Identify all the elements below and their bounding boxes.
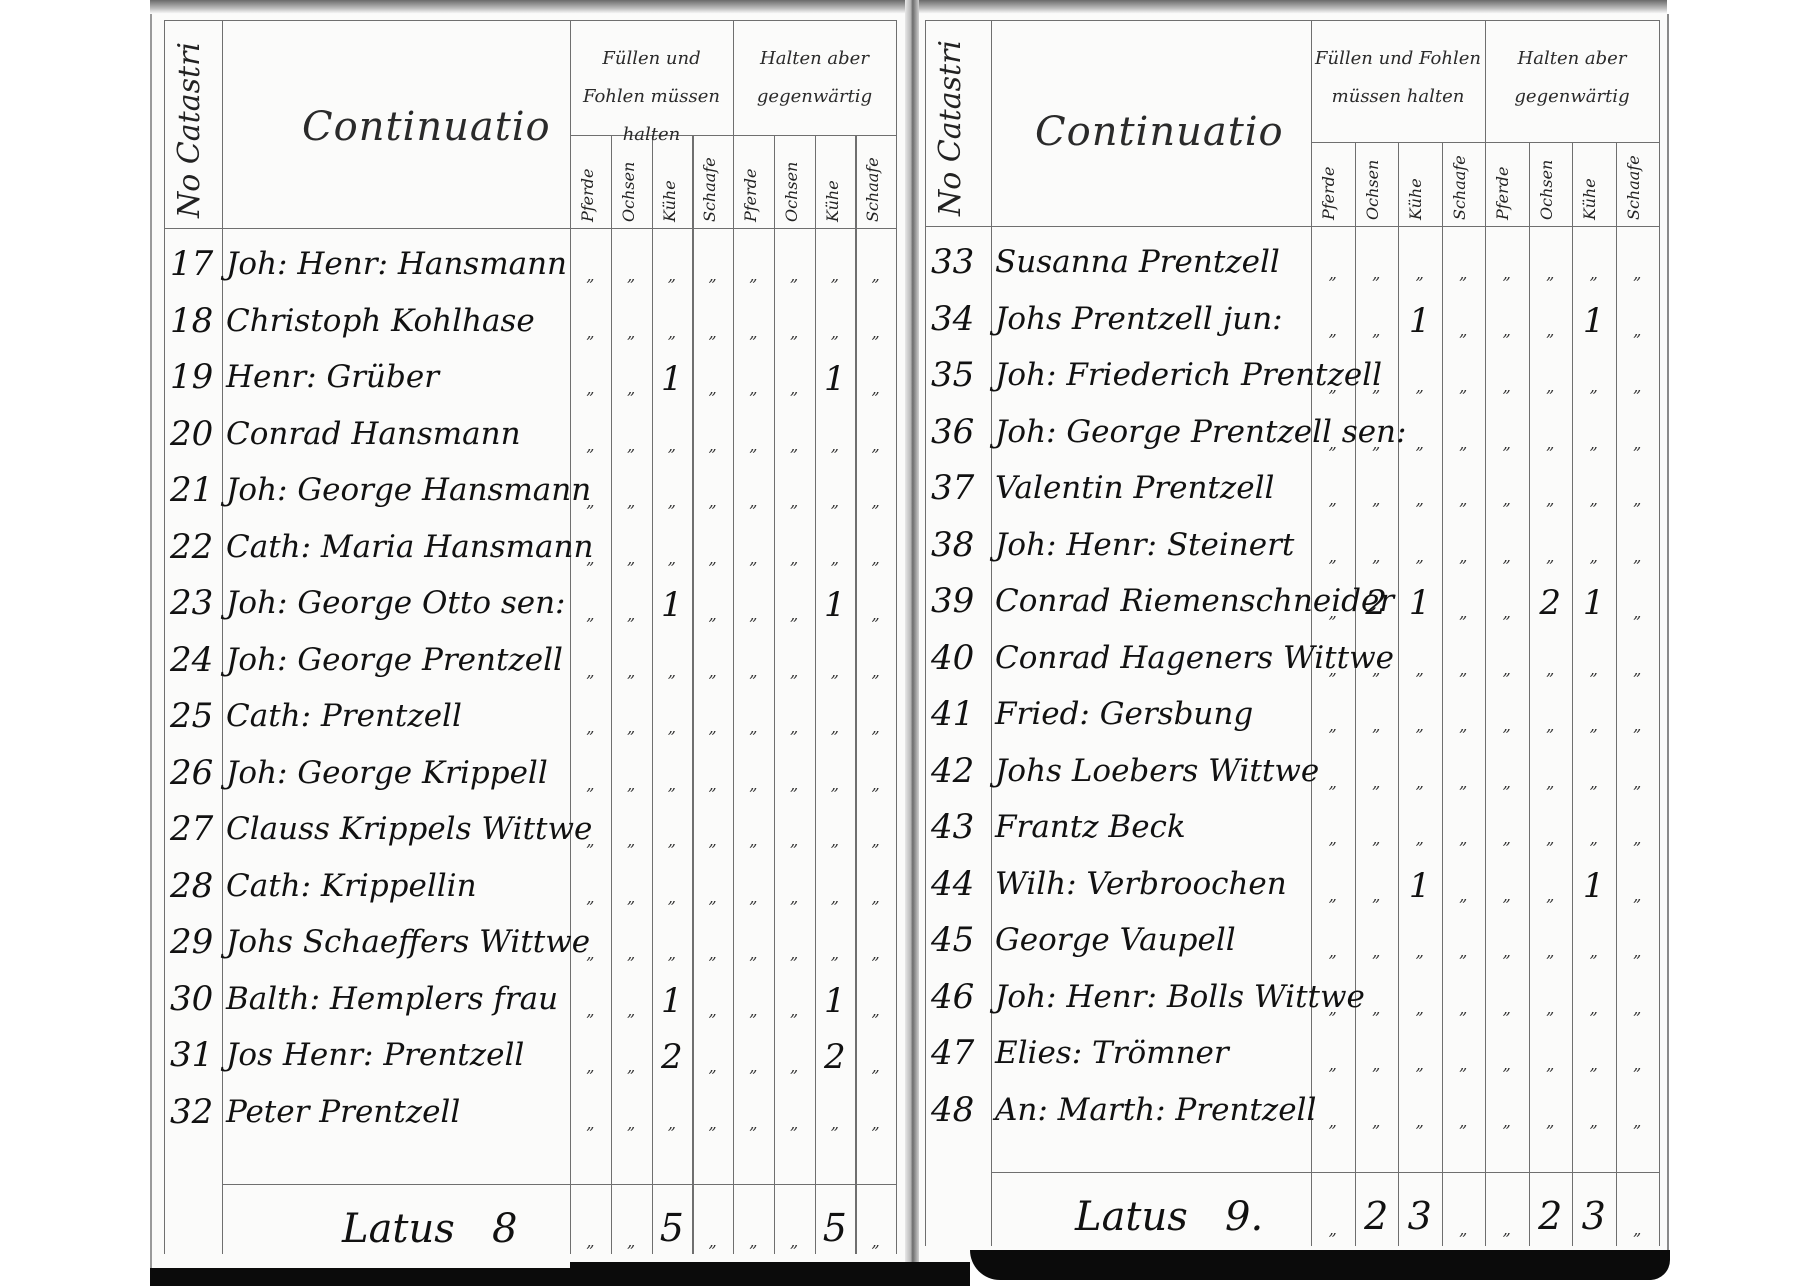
catastri-number: 24 (170, 640, 213, 680)
livestock-count-cell: „ (1398, 264, 1442, 283)
catastri-number: 38 (931, 525, 974, 565)
livestock-count-cell: „ (815, 888, 856, 907)
livestock-count-cell: „ (692, 775, 733, 794)
livestock-count-cell: „ (1529, 490, 1573, 509)
sub-column-header: Kühe (823, 180, 842, 222)
sub-column-header: Pferde (741, 168, 760, 222)
catastri-number: 29 (170, 922, 213, 962)
livestock-count-cell: „ (1355, 886, 1399, 905)
livestock-count-cell: „ (774, 549, 815, 568)
livestock-count-cell: „ (1616, 829, 1660, 848)
livestock-count-cell: 2 (815, 1037, 856, 1077)
livestock-count-cell: 2 (1355, 583, 1399, 623)
latus-sum-cell: 2 (1355, 1194, 1399, 1238)
livestock-count-cell: „ (733, 266, 774, 285)
livestock-count-cell: „ (1398, 434, 1442, 453)
owner-name: An: Marth: Prentzell (995, 1092, 1316, 1128)
livestock-count-cell: „ (1485, 942, 1529, 961)
livestock-count-cell: „ (652, 888, 693, 907)
livestock-count-cell: „ (570, 831, 611, 850)
latus-sum-cell: „ (611, 1232, 652, 1251)
livestock-count-cell: „ (815, 492, 856, 511)
livestock-count-cell: „ (1616, 773, 1660, 792)
livestock-count-cell: „ (1485, 264, 1529, 283)
livestock-count-cell: „ (815, 1114, 856, 1133)
owner-name: Wilh: Verbroochen (995, 866, 1287, 902)
livestock-count-cell: „ (1355, 264, 1399, 283)
livestock-count-cell: „ (855, 1057, 896, 1076)
catastri-number: 30 (170, 979, 213, 1019)
livestock-count-cell: „ (570, 549, 611, 568)
livestock-count-cell: „ (1442, 603, 1486, 622)
livestock-count-cell: „ (692, 605, 733, 624)
catastri-number: 32 (170, 1092, 213, 1132)
livestock-count-cell: „ (570, 605, 611, 624)
owner-name: Christoph Kohlhase (226, 303, 535, 339)
livestock-count-cell: „ (774, 1057, 815, 1076)
livestock-count-cell: „ (611, 492, 652, 511)
latus-sum-cell: „ (855, 1232, 896, 1251)
livestock-count-cell: „ (1616, 490, 1660, 509)
livestock-count-cell: „ (611, 1057, 652, 1076)
livestock-count-cell: „ (1311, 773, 1355, 792)
livestock-count-cell: „ (855, 323, 896, 342)
livestock-count-cell: „ (1398, 829, 1442, 848)
sub-column-header: Schaafe (1450, 155, 1469, 220)
livestock-count-cell: „ (733, 549, 774, 568)
livestock-count-cell: „ (815, 944, 856, 963)
catastri-number: 28 (170, 866, 213, 906)
catastri-number: 36 (931, 412, 974, 452)
owner-name: Clauss Krippels Wittwe (226, 811, 592, 847)
livestock-count-cell: „ (1616, 716, 1660, 735)
livestock-count-cell: „ (611, 944, 652, 963)
livestock-count-cell: „ (1355, 547, 1399, 566)
livestock-count-cell: „ (1529, 716, 1573, 735)
livestock-count-cell: „ (1485, 829, 1529, 848)
livestock-count-cell: „ (1616, 264, 1660, 283)
livestock-count-cell: „ (1572, 773, 1616, 792)
latus-sum-cell: „ (570, 1232, 611, 1251)
livestock-count-cell: „ (1529, 264, 1573, 283)
owner-name: Jos Henr: Prentzell (226, 1037, 524, 1073)
livestock-count-cell: „ (855, 266, 896, 285)
livestock-count-cell: 1 (1572, 866, 1616, 906)
livestock-count-cell: „ (1355, 434, 1399, 453)
sub-column-header: Ochsen (619, 162, 638, 222)
livestock-count-cell: „ (1572, 434, 1616, 453)
livestock-count-cell: „ (1355, 321, 1399, 340)
livestock-count-cell: „ (1311, 716, 1355, 735)
livestock-count-cell: 1 (1398, 866, 1442, 906)
livestock-count-cell: „ (692, 888, 733, 907)
catastri-number: 26 (170, 753, 213, 793)
livestock-count-cell: „ (1355, 773, 1399, 792)
page-top-edge-left (150, 0, 910, 14)
livestock-count-cell: „ (1529, 434, 1573, 453)
livestock-count-cell: „ (570, 1057, 611, 1076)
livestock-count-cell: 1 (652, 585, 693, 625)
livestock-count-cell: „ (1485, 321, 1529, 340)
livestock-count-cell: „ (774, 831, 815, 850)
livestock-count-cell: „ (1398, 999, 1442, 1018)
livestock-count-cell: „ (1398, 660, 1442, 679)
livestock-count-cell: „ (692, 944, 733, 963)
livestock-count-cell: „ (1616, 660, 1660, 679)
livestock-count-cell: „ (1529, 660, 1573, 679)
grid-line (925, 226, 1659, 227)
livestock-count-cell: „ (1355, 999, 1399, 1018)
livestock-count-cell: „ (652, 831, 693, 850)
livestock-count-cell: „ (855, 662, 896, 681)
livestock-count-cell: „ (1311, 660, 1355, 679)
grid-line (222, 20, 223, 1254)
latus-sum-cell: 3 (1398, 1194, 1442, 1238)
livestock-count-cell: „ (1529, 1055, 1573, 1074)
sub-column-header: Ochsen (1363, 160, 1382, 220)
livestock-count-cell: „ (774, 266, 815, 285)
latus-sum-cell: „ (1616, 1220, 1660, 1239)
livestock-count-cell: „ (1398, 773, 1442, 792)
owner-name: Johs Schaeffers Wittwe (226, 924, 590, 960)
livestock-count-cell: „ (815, 266, 856, 285)
livestock-count-cell: „ (1616, 886, 1660, 905)
latus-count: 8 (492, 1206, 517, 1252)
livestock-count-cell: „ (611, 605, 652, 624)
livestock-count-cell: „ (774, 1114, 815, 1133)
catastri-number: 39 (931, 581, 974, 621)
livestock-count-cell: „ (1442, 264, 1486, 283)
livestock-count-cell: „ (611, 379, 652, 398)
grid-line (991, 20, 992, 1246)
livestock-count-cell: „ (1485, 773, 1529, 792)
grid-line (164, 228, 896, 229)
sub-column-header: Schaafe (863, 157, 882, 222)
livestock-count-cell: „ (1398, 942, 1442, 961)
livestock-count-cell: „ (774, 1001, 815, 1020)
catastri-number: 34 (931, 299, 974, 339)
livestock-count-cell: 1 (1398, 583, 1442, 623)
livestock-count-cell: „ (1311, 377, 1355, 396)
livestock-count-cell: „ (1529, 377, 1573, 396)
livestock-count-cell: „ (1485, 886, 1529, 905)
livestock-count-cell: „ (1616, 1112, 1660, 1131)
livestock-count-cell: „ (1616, 434, 1660, 453)
livestock-count-cell: „ (855, 1001, 896, 1020)
livestock-count-cell: „ (1616, 1055, 1660, 1074)
page-shadow (150, 1268, 570, 1286)
owner-name: Frantz Beck (995, 809, 1186, 845)
livestock-count-cell: „ (1616, 321, 1660, 340)
livestock-count-cell: „ (1572, 490, 1616, 509)
livestock-count-cell: 1 (1398, 301, 1442, 341)
owner-name: Conrad Hansmann (226, 416, 521, 452)
livestock-count-cell: „ (611, 436, 652, 455)
livestock-count-cell: „ (1572, 999, 1616, 1018)
livestock-count-cell: 1 (652, 981, 693, 1021)
grid-line (896, 20, 897, 1254)
number-column-header: No Catastri (933, 40, 968, 216)
latus-sum-cell: „ (774, 1232, 815, 1251)
livestock-count-cell: „ (733, 888, 774, 907)
latus-sum-cell: 2 (1529, 1194, 1573, 1238)
livestock-count-cell: „ (692, 379, 733, 398)
livestock-count-cell: „ (692, 1057, 733, 1076)
livestock-count-cell: „ (855, 888, 896, 907)
livestock-count-cell: „ (774, 436, 815, 455)
livestock-count-cell: „ (1311, 603, 1355, 622)
catastri-number: 22 (170, 527, 213, 567)
livestock-count-cell: „ (692, 1001, 733, 1020)
grid-line (611, 135, 612, 1254)
catastri-number: 19 (170, 357, 213, 397)
catastri-number: 48 (931, 1090, 974, 1130)
livestock-count-cell: 1 (1572, 583, 1616, 623)
livestock-count-cell: „ (1442, 773, 1486, 792)
livestock-count-cell: „ (692, 549, 733, 568)
livestock-count-cell: „ (570, 266, 611, 285)
livestock-count-cell: „ (855, 379, 896, 398)
livestock-count-cell: „ (1355, 490, 1399, 509)
livestock-count-cell: „ (815, 436, 856, 455)
catastri-number: 27 (170, 809, 213, 849)
livestock-count-cell: „ (1398, 547, 1442, 566)
livestock-count-cell: „ (855, 436, 896, 455)
livestock-count-cell: „ (1485, 547, 1529, 566)
livestock-count-cell: „ (733, 831, 774, 850)
page-shadow (970, 1250, 1670, 1280)
grid-line (1442, 142, 1443, 1246)
livestock-count-cell: „ (733, 718, 774, 737)
livestock-count-cell: „ (1529, 886, 1573, 905)
livestock-count-cell: „ (1485, 490, 1529, 509)
livestock-count-cell: „ (1572, 829, 1616, 848)
grid-line (692, 135, 693, 1254)
grid-line (164, 20, 896, 21)
livestock-count-cell: 1 (815, 359, 856, 399)
livestock-count-cell: „ (774, 379, 815, 398)
livestock-count-cell: „ (1311, 1055, 1355, 1074)
livestock-count-cell: „ (652, 436, 693, 455)
livestock-count-cell: „ (855, 492, 896, 511)
livestock-count-cell: „ (1485, 716, 1529, 735)
livestock-count-cell: „ (611, 662, 652, 681)
livestock-count-cell: „ (652, 492, 693, 511)
livestock-count-cell: „ (1572, 264, 1616, 283)
catastri-number: 17 (170, 244, 213, 284)
latus-sum-cell: „ (1442, 1220, 1486, 1239)
livestock-count-cell: „ (1311, 999, 1355, 1018)
owner-name: George Vaupell (995, 922, 1236, 958)
livestock-count-cell: „ (570, 944, 611, 963)
livestock-count-cell: „ (692, 662, 733, 681)
livestock-count-cell: „ (570, 379, 611, 398)
livestock-count-cell: „ (1398, 490, 1442, 509)
sub-column-header: Kühe (1406, 178, 1425, 220)
livestock-count-cell: „ (570, 492, 611, 511)
livestock-count-cell: „ (1442, 660, 1486, 679)
owner-name: Cath: Maria Hansmann (226, 529, 593, 565)
owner-name: Henr: Grüber (226, 359, 439, 395)
livestock-count-cell: „ (611, 718, 652, 737)
livestock-count-cell: „ (652, 323, 693, 342)
livestock-count-cell: „ (774, 775, 815, 794)
latus-sum-cell: „ (1311, 1220, 1355, 1239)
livestock-count-cell: „ (733, 1057, 774, 1076)
livestock-count-cell: „ (1616, 942, 1660, 961)
livestock-count-cell: „ (1311, 547, 1355, 566)
page-top-edge-right (915, 0, 1667, 14)
livestock-count-cell: „ (692, 266, 733, 285)
livestock-count-cell: „ (1485, 999, 1529, 1018)
livestock-count-cell: „ (692, 323, 733, 342)
grid-line (222, 1184, 896, 1185)
owner-name: Joh: Henr: Steinert (995, 527, 1294, 563)
livestock-count-cell: „ (570, 662, 611, 681)
livestock-count-cell: 1 (815, 585, 856, 625)
livestock-count-cell: „ (1311, 1112, 1355, 1131)
owner-name: Joh: Henr: Bolls Wittwe (995, 979, 1365, 1015)
catastri-number: 47 (931, 1033, 974, 1073)
livestock-count-cell: „ (815, 831, 856, 850)
latus-label: Latus (1075, 1194, 1188, 1240)
livestock-count-cell: „ (570, 323, 611, 342)
livestock-count-cell: „ (1398, 377, 1442, 396)
livestock-count-cell: „ (815, 718, 856, 737)
group-header-gegenwaertig: Halten aber gegenwärtig (1485, 40, 1659, 116)
livestock-count-cell: „ (1572, 377, 1616, 396)
livestock-count-cell: „ (1572, 1112, 1616, 1131)
latus-sum-cell: „ (1485, 1220, 1529, 1239)
livestock-count-cell: „ (1355, 829, 1399, 848)
grid-line (855, 135, 856, 1254)
livestock-count-cell: „ (1311, 321, 1355, 340)
owner-name: Joh: George Hansmann (226, 472, 591, 508)
livestock-count-cell: „ (733, 492, 774, 511)
catastri-number: 37 (931, 468, 974, 508)
livestock-count-cell: „ (1529, 829, 1573, 848)
livestock-count-cell: „ (1311, 264, 1355, 283)
livestock-count-cell: „ (733, 436, 774, 455)
livestock-count-cell: „ (815, 323, 856, 342)
owner-name: Elies: Trömner (995, 1035, 1229, 1071)
livestock-count-cell: „ (1355, 1055, 1399, 1074)
number-column-header: No Catastri (172, 42, 207, 218)
livestock-count-cell: 1 (1572, 301, 1616, 341)
livestock-count-cell: „ (733, 662, 774, 681)
group-header-fohlen: Füllen und Fohlen müssen halten (1311, 40, 1485, 116)
livestock-count-cell: „ (1572, 660, 1616, 679)
livestock-count-cell: „ (1529, 773, 1573, 792)
livestock-count-cell: „ (692, 831, 733, 850)
livestock-count-cell: „ (1442, 1112, 1486, 1131)
livestock-count-cell: „ (1485, 1112, 1529, 1131)
livestock-count-cell: „ (1616, 603, 1660, 622)
livestock-count-cell: „ (733, 323, 774, 342)
owner-name: Cath: Krippellin (226, 868, 477, 904)
livestock-count-cell: „ (774, 323, 815, 342)
livestock-count-cell: „ (1442, 886, 1486, 905)
livestock-count-cell: „ (1355, 377, 1399, 396)
livestock-count-cell: „ (855, 718, 896, 737)
latus-sum-cell: „ (733, 1232, 774, 1251)
livestock-count-cell: „ (611, 831, 652, 850)
livestock-count-cell: „ (774, 492, 815, 511)
livestock-count-cell: „ (733, 1114, 774, 1133)
livestock-count-cell: „ (1355, 716, 1399, 735)
livestock-count-cell: „ (570, 436, 611, 455)
catastri-number: 44 (931, 864, 974, 904)
catastri-number: 23 (170, 583, 213, 623)
livestock-count-cell: „ (855, 1114, 896, 1133)
owner-name: Cath: Prentzell (226, 698, 462, 734)
livestock-count-cell: „ (1572, 1055, 1616, 1074)
owner-name: Joh: George Prentzell (226, 642, 563, 678)
livestock-count-cell: „ (1442, 829, 1486, 848)
catastri-number: 40 (931, 638, 974, 678)
livestock-count-cell: „ (1311, 886, 1355, 905)
livestock-count-cell: „ (1442, 716, 1486, 735)
livestock-count-cell: „ (652, 266, 693, 285)
livestock-count-cell: „ (774, 888, 815, 907)
livestock-count-cell: „ (1485, 434, 1529, 453)
livestock-count-cell: „ (774, 662, 815, 681)
catastri-number: 46 (931, 977, 974, 1017)
owner-name: Johs Loebers Wittwe (995, 753, 1319, 789)
owner-name: Fried: Gersbung (995, 696, 1253, 732)
livestock-count-cell: „ (1311, 434, 1355, 453)
livestock-count-cell: „ (1398, 1055, 1442, 1074)
catastri-number: 45 (931, 920, 974, 960)
latus-sum-cell: 5 (815, 1206, 856, 1250)
livestock-count-cell: „ (652, 718, 693, 737)
grid-line (925, 20, 1659, 21)
livestock-count-cell: „ (733, 1001, 774, 1020)
livestock-count-cell: „ (1572, 942, 1616, 961)
latus-label: Latus (342, 1206, 455, 1252)
livestock-count-cell: „ (652, 944, 693, 963)
scanned-ledger: No CatastriContinuatioFüllen und Fohlen … (0, 0, 1814, 1286)
grid-line (652, 135, 653, 1254)
sub-column-header: Pferde (1493, 166, 1512, 220)
livestock-count-cell: „ (733, 379, 774, 398)
grid-line (1355, 142, 1356, 1246)
livestock-count-cell: „ (611, 266, 652, 285)
livestock-count-cell: „ (1529, 999, 1573, 1018)
owner-name: Joh: George Otto sen: (226, 585, 566, 621)
livestock-count-cell: „ (1311, 829, 1355, 848)
livestock-count-cell: „ (570, 775, 611, 794)
catastri-number: 25 (170, 696, 213, 736)
grid-line (1659, 20, 1660, 1246)
livestock-count-cell: „ (1616, 999, 1660, 1018)
livestock-count-cell: „ (652, 1114, 693, 1133)
livestock-count-cell: „ (815, 549, 856, 568)
livestock-count-cell: „ (774, 605, 815, 624)
sub-column-header: Pferde (578, 168, 597, 222)
left-page: No CatastriContinuatioFüllen und Fohlen … (150, 14, 912, 1270)
livestock-count-cell: 2 (1529, 583, 1573, 623)
grid-line (991, 1172, 1659, 1173)
livestock-count-cell: „ (692, 718, 733, 737)
livestock-count-cell: „ (1442, 321, 1486, 340)
livestock-count-cell: „ (611, 888, 652, 907)
catastri-number: 21 (170, 470, 213, 510)
livestock-count-cell: „ (1311, 942, 1355, 961)
sub-column-header: Kühe (660, 180, 679, 222)
sub-column-header: Ochsen (1537, 160, 1556, 220)
owner-name: Balth: Hemplers frau (226, 981, 558, 1017)
